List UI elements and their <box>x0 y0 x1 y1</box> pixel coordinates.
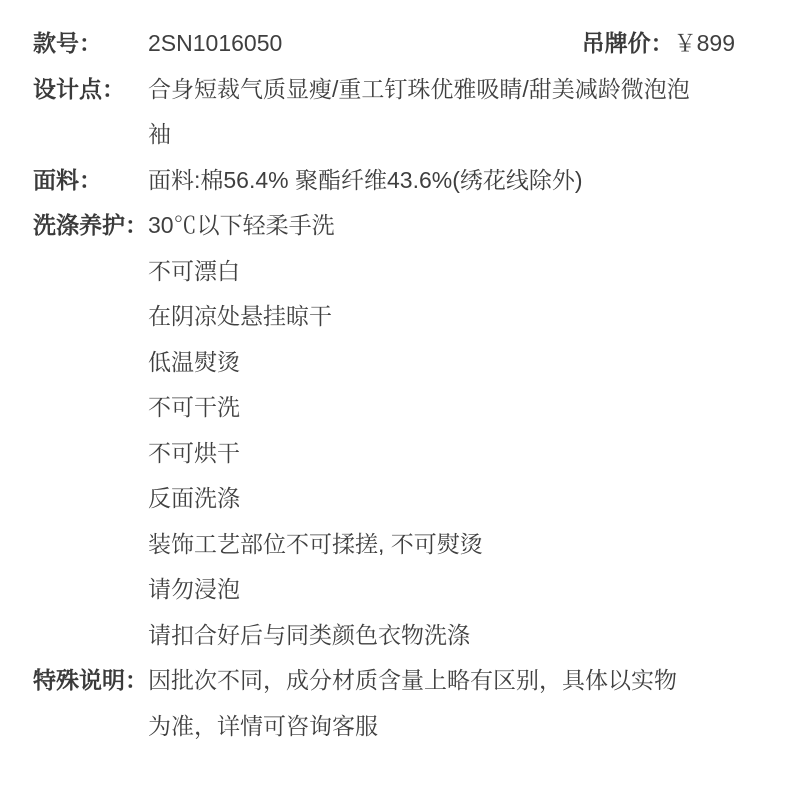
care-instruction: 不可漂白 <box>148 249 483 295</box>
fabric-value: 面料:棉56.4% 聚酯纤维43.6%(绣花线除外) <box>148 158 583 204</box>
washing-care-label: 洗涤养护： <box>33 203 148 249</box>
care-instruction: 装饰工艺部位不可揉搓, 不可熨烫 <box>148 522 483 568</box>
design-points-row: 设计点： 合身短裁气质显瘦/重工钉珠优雅吸睛/甜美减龄微泡泡袖 <box>33 67 763 158</box>
style-number-value: 2SN1016050 <box>148 21 282 67</box>
tag-price-group: 吊牌价： ￥899 <box>582 21 735 67</box>
design-points-value: 合身短裁气质显瘦/重工钉珠优雅吸睛/甜美减龄微泡泡袖 <box>148 67 708 158</box>
special-note-label: 特殊说明： <box>33 658 148 704</box>
product-spec-sheet: 款号： 2SN1016050 吊牌价： ￥899 设计点： 合身短裁气质显瘦/重… <box>0 0 790 785</box>
tag-price-value: ￥899 <box>674 21 735 67</box>
washing-care-list: 30℃以下轻柔手洗 不可漂白 在阴凉处悬挂晾干 低温熨烫 不可干洗 不可烘干 反… <box>148 203 483 658</box>
special-note-value: 因批次不同，成分材质含量上略有区别，具体以实物为准，详情可咨询客服 <box>148 658 690 749</box>
fabric-row: 面料： 面料:棉56.4% 聚酯纤维43.6%(绣花线除外) <box>33 158 763 204</box>
tag-price-label: 吊牌价： <box>582 21 674 67</box>
care-instruction: 反面洗涤 <box>148 476 483 522</box>
care-instruction: 不可烘干 <box>148 431 483 477</box>
style-number-label: 款号： <box>33 21 148 67</box>
special-note-row: 特殊说明： 因批次不同，成分材质含量上略有区别，具体以实物为准，详情可咨询客服 <box>33 658 763 749</box>
design-points-label: 设计点： <box>33 67 148 113</box>
care-instruction: 不可干洗 <box>148 385 483 431</box>
care-instruction: 请扣合好后与同类颜色衣物洗涤 <box>148 613 483 659</box>
style-number-row: 款号： 2SN1016050 吊牌价： ￥899 <box>33 21 763 67</box>
fabric-label: 面料： <box>33 158 148 204</box>
washing-care-row: 洗涤养护： 30℃以下轻柔手洗 不可漂白 在阴凉处悬挂晾干 低温熨烫 不可干洗 … <box>33 203 763 658</box>
care-instruction: 请勿浸泡 <box>148 567 483 613</box>
care-instruction: 30℃以下轻柔手洗 <box>148 203 483 249</box>
care-instruction: 低温熨烫 <box>148 340 483 386</box>
care-instruction: 在阴凉处悬挂晾干 <box>148 294 483 340</box>
